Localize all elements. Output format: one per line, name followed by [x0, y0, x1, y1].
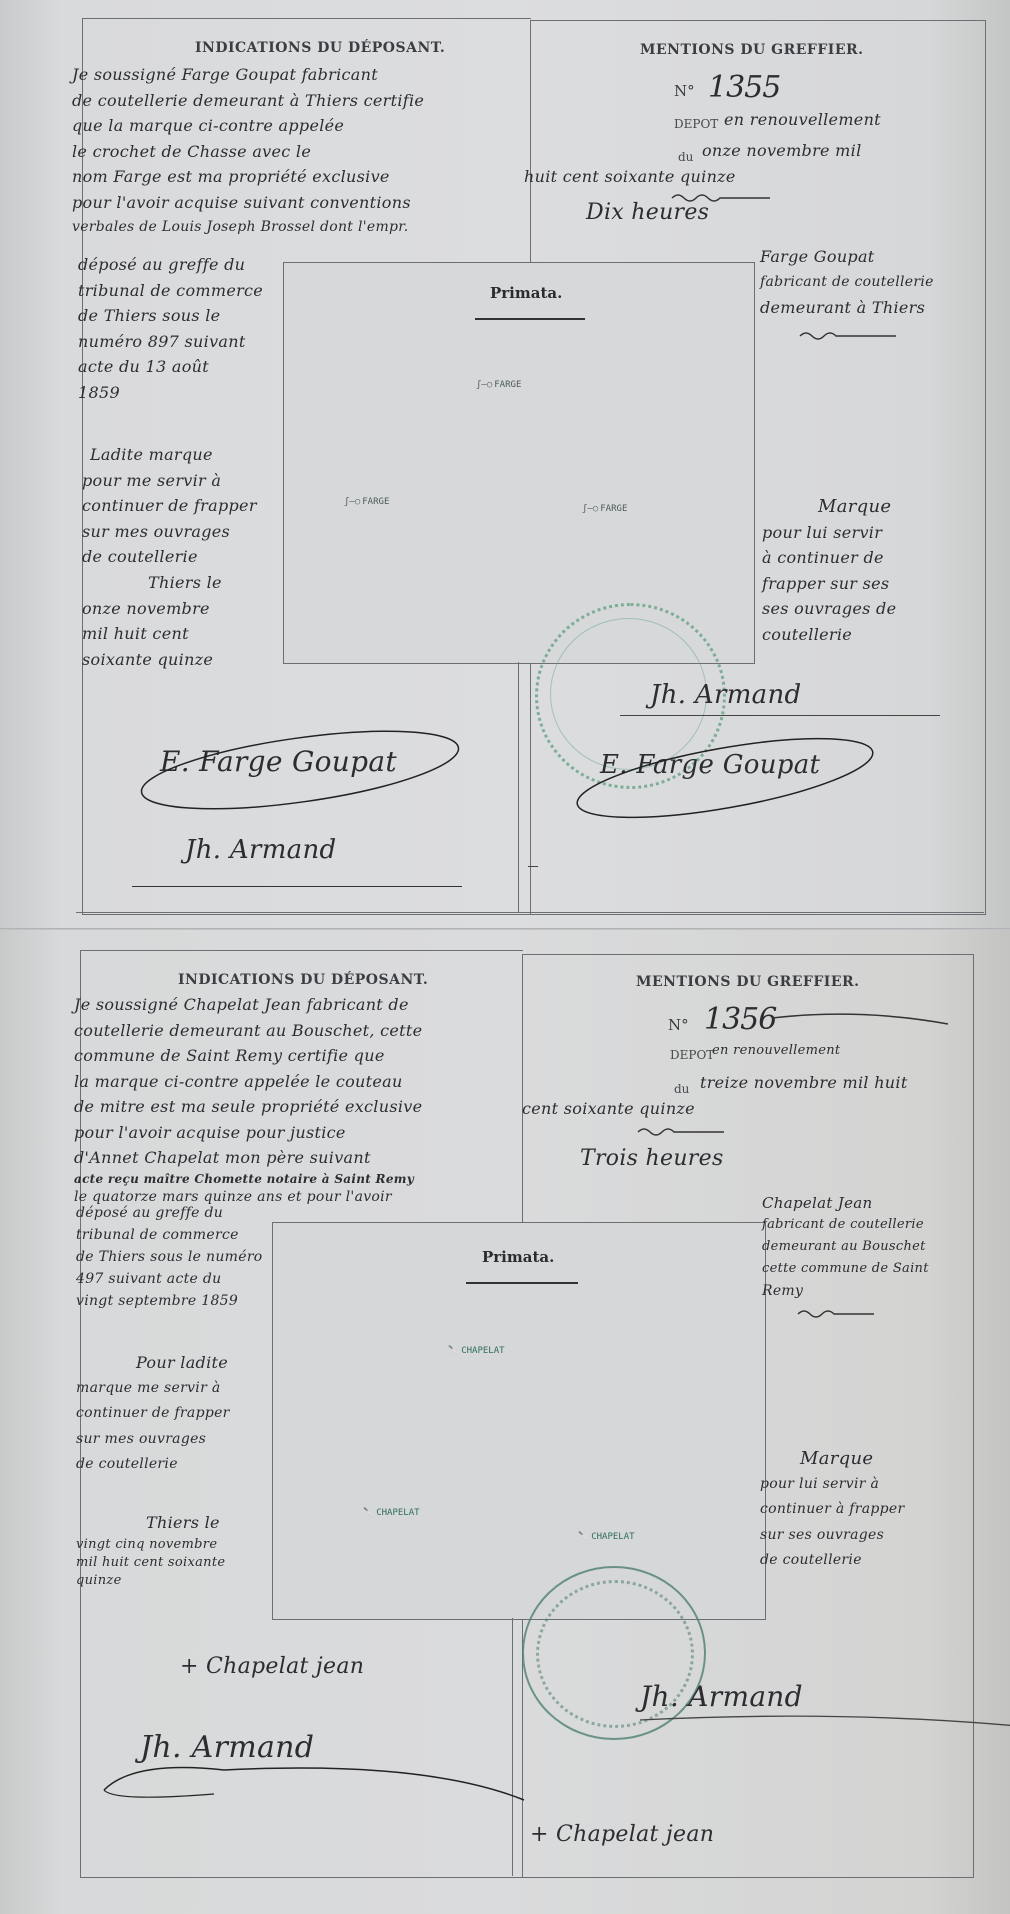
text-line: marque me servir à — [76, 1376, 230, 1402]
depot-handwritten: en renouvellement — [712, 1038, 840, 1064]
text-line: tribunal de commerce — [78, 278, 263, 304]
signature-depositor-right: + Chapelat jean — [530, 1822, 714, 1847]
lower-divider — [518, 662, 519, 912]
clerk-purpose: Marque pour lui servir à continuer à fra… — [760, 1446, 904, 1574]
date-handwritten-2: cent soixante quinze — [522, 1096, 695, 1122]
text-line: Ladite marque — [82, 442, 257, 468]
primata-underline — [475, 318, 585, 320]
du-label: du — [678, 150, 693, 164]
farge-mark-3: ʃ—○FARGE — [582, 504, 627, 514]
text-line: demeurant au Bouschet — [762, 1236, 929, 1258]
text-line: nom Farge est ma propriété exclusive — [72, 164, 424, 190]
du-label: du — [674, 1082, 689, 1096]
text-line: pour me servir à — [82, 468, 257, 494]
text-line: onze novembre — [82, 596, 222, 622]
text-line: mil huit cent — [82, 621, 222, 647]
knife-icon: 🔪 — [578, 1532, 589, 1542]
text-line: coutellerie — [762, 622, 896, 648]
depositor-text: Je soussigné Chapelat Jean fabricant de … — [74, 992, 422, 1207]
signature-line — [132, 886, 462, 887]
text-line: continuer à frapper — [760, 1497, 904, 1523]
text-line: de Thiers sous le numéro — [76, 1246, 263, 1268]
flourish — [636, 1126, 736, 1138]
text-line: déposé au greffe du — [78, 252, 263, 278]
farge-mark-1: ʃ—○FARGE — [476, 380, 521, 390]
depot-label: DEPOT — [674, 117, 718, 131]
depositor-heading: INDICATIONS DU DÉPOSANT. — [195, 40, 445, 56]
date-handwritten-1: treize novembre mil huit — [700, 1070, 908, 1096]
signature-line — [620, 715, 940, 716]
entry-number: 1356 — [704, 1002, 776, 1037]
text-line: à continuer de — [762, 545, 896, 571]
date-handwritten-1: onze novembre mil — [702, 138, 862, 164]
primata-title: Primata. — [490, 284, 562, 302]
text-line: vingt cinq novembre — [76, 1536, 225, 1554]
signature-depositor-left: + Chapelat jean — [180, 1654, 364, 1679]
depositor-date: Thiers le onze novembre mil huit cent so… — [82, 570, 222, 672]
text-line: vingt septembre 1859 — [76, 1290, 263, 1312]
text-line: Remy — [762, 1280, 929, 1302]
divider — [82, 18, 530, 19]
text-line: numéro 897 suivant — [78, 329, 263, 355]
text-line: acte reçu maître Chomette notaire à Sain… — [74, 1171, 422, 1187]
text-line: de coutellerie — [82, 544, 257, 570]
clerk-heading: MENTIONS DU GREFFIER. — [636, 974, 860, 990]
hook-icon: ʃ—○ — [476, 380, 492, 390]
text-line: sur mes ouvrages — [82, 519, 257, 545]
text-line: acte du 13 août — [78, 354, 263, 380]
number-label: N° — [668, 1016, 689, 1034]
text-line: pour lui servir à — [760, 1472, 904, 1498]
text-line: quinze — [76, 1572, 225, 1590]
text-line: pour lui servir — [762, 520, 896, 546]
clerk-depositor-info: Farge Goupat fabricant de coutellerie de… — [760, 244, 934, 321]
knife-mark-2: 🔪CHAPELAT — [363, 1508, 420, 1518]
text-line: pour l'avoir acquise suivant conventions — [72, 190, 424, 216]
knife-icon: 🔪 — [363, 1508, 374, 1518]
text-line: mil huit cent soixante — [76, 1554, 225, 1572]
signature-flourish — [640, 1710, 1010, 1740]
entry-number: 1355 — [708, 70, 780, 105]
hook-icon: ʃ—○ — [582, 504, 598, 514]
text-line: fabricant de coutellerie — [762, 1214, 929, 1236]
register-page-1356: INDICATIONS DU DÉPOSANT. MENTIONS DU GRE… — [0, 930, 1010, 1914]
number-label: N° — [674, 82, 695, 100]
time-handwritten: Trois heures — [580, 1146, 724, 1171]
signature-flourish — [130, 720, 470, 820]
signature-clerk-right: Jh. Armand — [650, 680, 801, 710]
bottom-rule — [76, 912, 984, 913]
text-line: Marque — [762, 494, 896, 520]
text-line: Marque — [760, 1446, 904, 1472]
text-line: Thiers le — [82, 570, 222, 596]
knife-mark-1: 🔪CHAPELAT — [448, 1346, 505, 1356]
lower-divider — [512, 1618, 513, 1876]
clerk-purpose: Marque pour lui servir à continuer de fr… — [762, 494, 896, 647]
text-line: coutellerie demeurant au Bouschet, cette — [74, 1018, 422, 1044]
text-line: Pour ladite — [76, 1350, 230, 1376]
clerk-depositor-info: Chapelat Jean fabricant de coutellerie d… — [762, 1192, 929, 1302]
depositor-date: Thiers le vingt cinq novembre mil huit c… — [76, 1510, 225, 1590]
text-line: soixante quinze — [82, 647, 222, 673]
text-line: 497 suivant acte du — [76, 1268, 263, 1290]
time-handwritten: Dix heures — [586, 200, 709, 225]
text-line: de Thiers sous le — [78, 303, 263, 329]
farge-mark-2: ʃ—○FARGE — [344, 497, 389, 507]
depositor-purpose: Pour ladite marque me servir à continuer… — [76, 1350, 230, 1478]
hook-icon: ʃ—○ — [344, 497, 360, 507]
cross-mark — [528, 866, 538, 867]
signature-flourish — [94, 1750, 534, 1810]
signature-clerk-right: Jh. Armand — [640, 1680, 803, 1713]
text-line: Farge Goupat — [760, 244, 934, 270]
text-line: 1859 — [78, 380, 263, 406]
primata-title: Primata. — [482, 1248, 554, 1266]
primata-box-top — [283, 262, 755, 664]
register-page-1355: INDICATIONS DU DÉPOSANT. MENTIONS DU GRE… — [0, 0, 1010, 930]
text-line: de mitre est ma seule propriété exclusiv… — [74, 1094, 422, 1120]
text-line: sur mes ouvrages — [76, 1427, 230, 1453]
text-line: de coutellerie demeurant à Thiers certif… — [72, 88, 424, 114]
text-line: le crochet de Chasse avec le — [72, 139, 424, 165]
column-divider — [522, 954, 523, 1154]
text-line: continuer de frapper — [82, 493, 257, 519]
text-line: ses ouvrages de — [762, 596, 896, 622]
text-line: sur ses ouvrages — [760, 1523, 904, 1549]
text-line: que la marque ci-contre appelée — [72, 113, 424, 139]
text-line: tribunal de commerce — [76, 1224, 263, 1246]
text-line: cette commune de Saint — [762, 1258, 929, 1280]
text-line: pour l'avoir acquise pour justice — [74, 1120, 422, 1146]
depositor-heading: INDICATIONS DU DÉPOSANT. — [178, 972, 428, 988]
text-line: verbales de Louis Joseph Brossel dont l'… — [72, 215, 424, 241]
text-line: frapper sur ses — [762, 571, 896, 597]
text-line: demeurant à Thiers — [760, 295, 934, 321]
text-line: Je soussigné Chapelat Jean fabricant de — [74, 992, 422, 1018]
text-line: de coutellerie — [76, 1452, 230, 1478]
signature-clerk-left: Jh. Armand — [185, 835, 336, 865]
depositor-purpose: Ladite marque pour me servir à continuer… — [82, 442, 257, 570]
text-line: d'Annet Chapelat mon père suivant — [74, 1145, 422, 1171]
text-line: Je soussigné Farge Goupat fabricant — [72, 62, 424, 88]
text-line: fabricant de coutellerie — [760, 270, 934, 296]
text-line: continuer de frapper — [76, 1401, 230, 1427]
text-line: commune de Saint Remy certifie que — [74, 1043, 422, 1069]
text-line: de coutellerie — [760, 1548, 904, 1574]
date-handwritten-2: huit cent soixante quinze — [524, 164, 736, 190]
flourish — [796, 1308, 886, 1320]
depositor-text-column: déposé au greffe du tribunal de commerce… — [78, 252, 263, 405]
depot-label: DEPOT — [670, 1048, 714, 1062]
clerk-heading: MENTIONS DU GREFFIER. — [640, 42, 864, 58]
flourish — [798, 330, 908, 342]
primata-underline — [466, 1282, 578, 1284]
text-line: Chapelat Jean — [762, 1192, 929, 1214]
knife-icon: 🔪 — [448, 1346, 459, 1356]
text-line: Thiers le — [76, 1510, 225, 1536]
signature-flourish — [560, 728, 890, 828]
flourish — [770, 1010, 950, 1030]
text-line: déposé au greffe du — [76, 1202, 263, 1224]
depositor-text-column: déposé au greffe du tribunal de commerce… — [76, 1202, 263, 1312]
knife-mark-3: 🔪CHAPELAT — [578, 1532, 635, 1542]
depositor-text: Je soussigné Farge Goupat fabricant de c… — [72, 62, 424, 241]
text-line: la marque ci-contre appelée le couteau — [74, 1069, 422, 1095]
depot-handwritten: en renouvellement — [724, 107, 881, 133]
